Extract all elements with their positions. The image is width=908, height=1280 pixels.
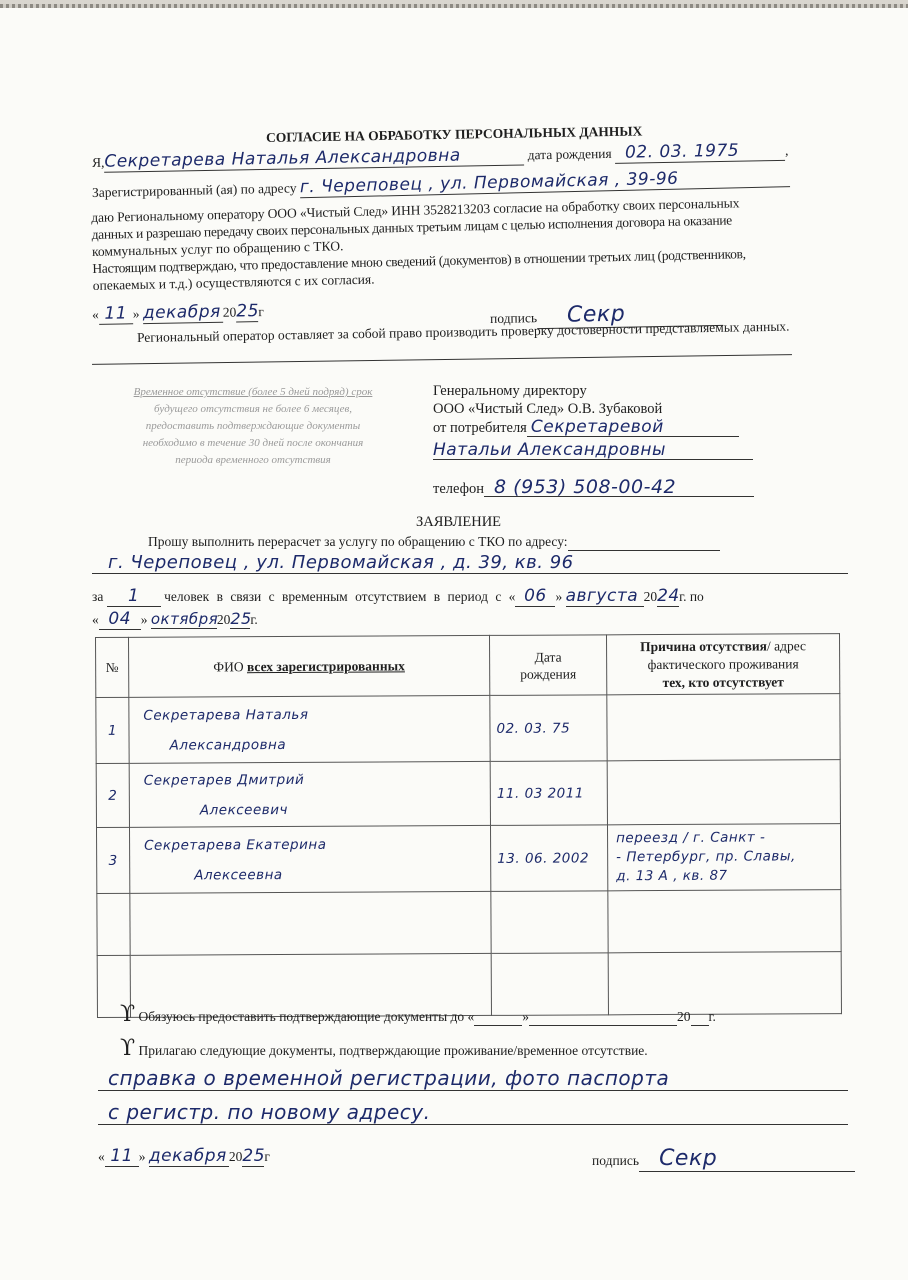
request-blank	[568, 534, 720, 551]
consent-paragraph: даю Региональному оператору ООО «Чистый …	[91, 194, 746, 294]
birth-label: дата рождения	[528, 146, 612, 162]
to-tail: г.	[250, 612, 257, 627]
header-reason-bold: Причина отсутствия	[640, 638, 767, 654]
addressee-line: ООО «Чистый След» О.В. Зубаковой	[433, 400, 754, 418]
from-month-field[interactable]: августа	[566, 586, 644, 607]
header-dob: Дата рождения	[489, 635, 606, 696]
operator-note: Региональный оператор оставляет за собой…	[137, 319, 790, 346]
row-num: 2	[96, 763, 129, 827]
row-name-line: Секретарев Дмитрий	[144, 763, 490, 795]
commit-year-blank[interactable]	[691, 1009, 709, 1026]
header-fio-prefix: ФИО	[213, 659, 243, 674]
addressee-line: Генеральному директору	[433, 382, 754, 400]
commit-day-blank[interactable]	[474, 1009, 522, 1026]
footer-signature-field[interactable]: Секр	[639, 1146, 855, 1172]
faded-note: Временное отсутствие (более 5 дней подря…	[98, 384, 408, 469]
table-row: 3 Секретарева ЕкатеринаАлексеевна 13. 06…	[96, 824, 840, 894]
row-reason-line	[616, 792, 840, 793]
divider	[92, 354, 792, 365]
from-name-2[interactable]: Натальи Александровны	[433, 441, 753, 460]
to-day-field[interactable]: 04	[99, 609, 141, 630]
row-reason[interactable]	[607, 760, 840, 825]
header-reason-line: тех, кто отсутствует	[607, 673, 839, 692]
row-reason-line: д. 13 А , кв. 87	[616, 866, 840, 886]
address-line: г. Череповец , ул. Первомайская , д. 39,…	[92, 552, 848, 574]
residents-table: № ФИО всех зарегистрированных Дата рожде…	[95, 633, 842, 1018]
year-prefix: 20	[677, 1009, 691, 1024]
from-year-field[interactable]: 24	[657, 586, 679, 607]
row-reason[interactable]	[607, 694, 840, 761]
year-prefix: 20	[223, 304, 237, 319]
year-suffix-g: г	[258, 304, 264, 319]
row-dob[interactable]: 11. 03 2011	[490, 761, 607, 826]
documents-line-1: справка о временной регистрации, фото па…	[98, 1066, 848, 1091]
faded-note-line: необходимо в течение 30 дней после оконч…	[98, 435, 408, 452]
table-row: 1 Секретарева НатальяАлександровна 02. 0…	[96, 694, 840, 764]
za-label: за	[92, 589, 103, 604]
header-fio-underlined: всех зарегистрированных	[247, 658, 405, 674]
checkbox-mark-icon[interactable]: ϒ	[120, 1036, 135, 1061]
consent-date: «11» декабря2025г	[92, 301, 264, 325]
commitment-2-text: Прилагаю следующие документы, подтвержда…	[138, 1043, 647, 1058]
reg-address-field[interactable]: г. Череповец , ул. Первомайская , 39-96	[300, 166, 790, 198]
faded-note-line: периода временного отсутствия	[98, 452, 408, 469]
header-fio: ФИО всех зарегистрированных	[129, 635, 490, 697]
application-address-field[interactable]: г. Череповец , ул. Первомайская , д. 39,…	[92, 552, 848, 574]
from-name-1[interactable]: Секретаревой	[527, 418, 739, 437]
footer-date-month[interactable]: декабря	[149, 1146, 229, 1167]
table-header-row: № ФИО всех зарегистрированных Дата рожде…	[96, 634, 840, 698]
consent-date-month[interactable]: декабря	[143, 302, 223, 324]
row-reason-line: - Петербург, пр. Славы,	[616, 847, 840, 867]
row-reason-line	[616, 792, 840, 793]
footer-date-year[interactable]: 25	[242, 1146, 264, 1167]
phone-line: телефон8 (953) 508-00-42	[433, 478, 754, 498]
quote-close: »	[522, 1009, 529, 1024]
row-name[interactable]: Секретарева ЕкатеринаАлексеевна	[129, 825, 490, 893]
footer-signature: подписьСекр	[592, 1146, 855, 1172]
checkbox-mark-icon[interactable]: ϒ	[120, 1002, 135, 1027]
header-dob-line: рождения	[490, 665, 606, 683]
row-name-line: Александровна	[143, 728, 489, 760]
table-row-empty	[97, 890, 841, 956]
row-name[interactable]: Секретарев ДмитрийАлексеевич	[129, 761, 490, 827]
row-name-line: Секретарева Наталья	[143, 698, 489, 730]
year-prefix: 20	[644, 589, 658, 604]
page-edge	[0, 4, 908, 8]
row-num: 1	[96, 697, 129, 763]
faded-note-line: будущего отсутствия не более 6 месяцев,	[98, 401, 408, 418]
row-reason-line: переезд / г. Санкт -	[616, 828, 840, 848]
header-reason-line: Причина отсутствия/ адрес	[607, 637, 839, 656]
i-label: Я,	[92, 155, 105, 170]
to-month-field[interactable]: октября	[151, 610, 217, 629]
row-name[interactable]: Секретарева НатальяАлександровна	[129, 695, 490, 763]
year-tail: г.	[709, 1009, 716, 1024]
row-dob[interactable]	[491, 891, 608, 954]
from-label: от потребителя	[433, 420, 527, 436]
addressee-block: Генеральному директору ООО «Чистый След»…	[433, 382, 754, 498]
consent-date-year[interactable]: 25	[236, 301, 258, 322]
commitment-1: ϒ Обязуюсь предоставить подтверждающие д…	[120, 1002, 716, 1027]
birth-date-field[interactable]: 02. 03. 1975	[615, 140, 785, 164]
header-dob-line: Дата	[490, 648, 606, 666]
row-reason-line	[615, 727, 839, 728]
persons-text: человек в связи с временным отсутствием …	[164, 589, 515, 604]
row-name-line: Алексеевич	[144, 793, 490, 825]
header-reason-rest: / адрес	[767, 638, 806, 653]
header-reason: Причина отсутствия/ адрес фактического п…	[606, 634, 839, 695]
period-line: за 1 человек в связи с временным отсутст…	[92, 586, 837, 607]
phone-label: телефон	[433, 481, 484, 497]
row-num: 3	[96, 827, 129, 893]
row-dob[interactable]: 13. 06. 2002	[490, 825, 607, 892]
row-dob[interactable]: 02. 03. 75	[490, 695, 607, 762]
period-end-line: «04» октября2025г.	[92, 609, 258, 630]
year-prefix: 20	[229, 1149, 243, 1164]
from-day-field[interactable]: 06	[515, 586, 555, 607]
to-year-field[interactable]: 25	[230, 609, 250, 629]
persons-count-field[interactable]: 1	[107, 586, 161, 607]
header-num: №	[96, 637, 129, 697]
row-num	[97, 893, 130, 955]
from-tail: г. по	[679, 589, 704, 604]
row-name-line: Секретарева Екатерина	[144, 828, 490, 860]
row-reason[interactable]	[608, 890, 841, 953]
request-line: Прошу выполнить перерасчет за услугу по …	[148, 534, 720, 551]
year-prefix: 20	[217, 612, 231, 627]
request-text: Прошу выполнить перерасчет за услугу по …	[148, 534, 568, 549]
documents-field-2[interactable]: с регистр. по новому адресу.	[98, 1100, 848, 1125]
full-name-field[interactable]: Секретарева Наталья Александровна	[104, 144, 524, 172]
from-consumer-line: от потребителяСекретаревой	[433, 418, 754, 437]
phone-field[interactable]: 8 (953) 508-00-42	[484, 478, 754, 497]
footer-date: «11» декабря2025г	[98, 1146, 270, 1167]
row-reason-line	[615, 727, 839, 728]
documents-field-1[interactable]: справка о временной регистрации, фото па…	[98, 1066, 848, 1091]
reg-label: Зарегистрированный (ая) по адресу	[92, 180, 297, 200]
header-reason-line: фактического проживания	[607, 655, 839, 674]
application-title: ЗАЯВЛЕНИЕ	[416, 514, 501, 531]
row-reason-line	[615, 727, 839, 728]
from-consumer-line-2: Натальи Александровны	[433, 441, 754, 460]
faded-note-line: предоставить подтверждающие документы	[98, 418, 408, 435]
row-reason[interactable]: переезд / г. Санкт -- Петербург, пр. Сла…	[607, 824, 840, 891]
commitment-1-text: Обязуюсь предоставить подтверждающие док…	[138, 1009, 474, 1024]
commitment-2: ϒ Прилагаю следующие документы, подтверж…	[120, 1036, 648, 1061]
row-reason-line	[616, 792, 840, 793]
footer-date-day[interactable]: 11	[105, 1146, 139, 1167]
document-page: СОГЛАСИЕ НА ОБРАБОТКУ ПЕРСОНАЛЬНЫХ ДАННЫ…	[0, 4, 908, 1280]
row-name-line: Алексеевна	[144, 858, 490, 890]
commit-month-blank[interactable]	[529, 1009, 677, 1026]
signature-label: подпись	[592, 1153, 639, 1168]
documents-line-2: с регистр. по новому адресу.	[98, 1100, 848, 1125]
table-row: 2 Секретарев ДмитрийАлексеевич 11. 03 20…	[96, 760, 840, 828]
row-name[interactable]	[130, 891, 491, 955]
consent-date-day[interactable]: 11	[99, 303, 133, 325]
faded-note-line: Временное отсутствие (более 5 дней подря…	[98, 384, 408, 401]
year-suffix-g: г	[264, 1149, 270, 1164]
